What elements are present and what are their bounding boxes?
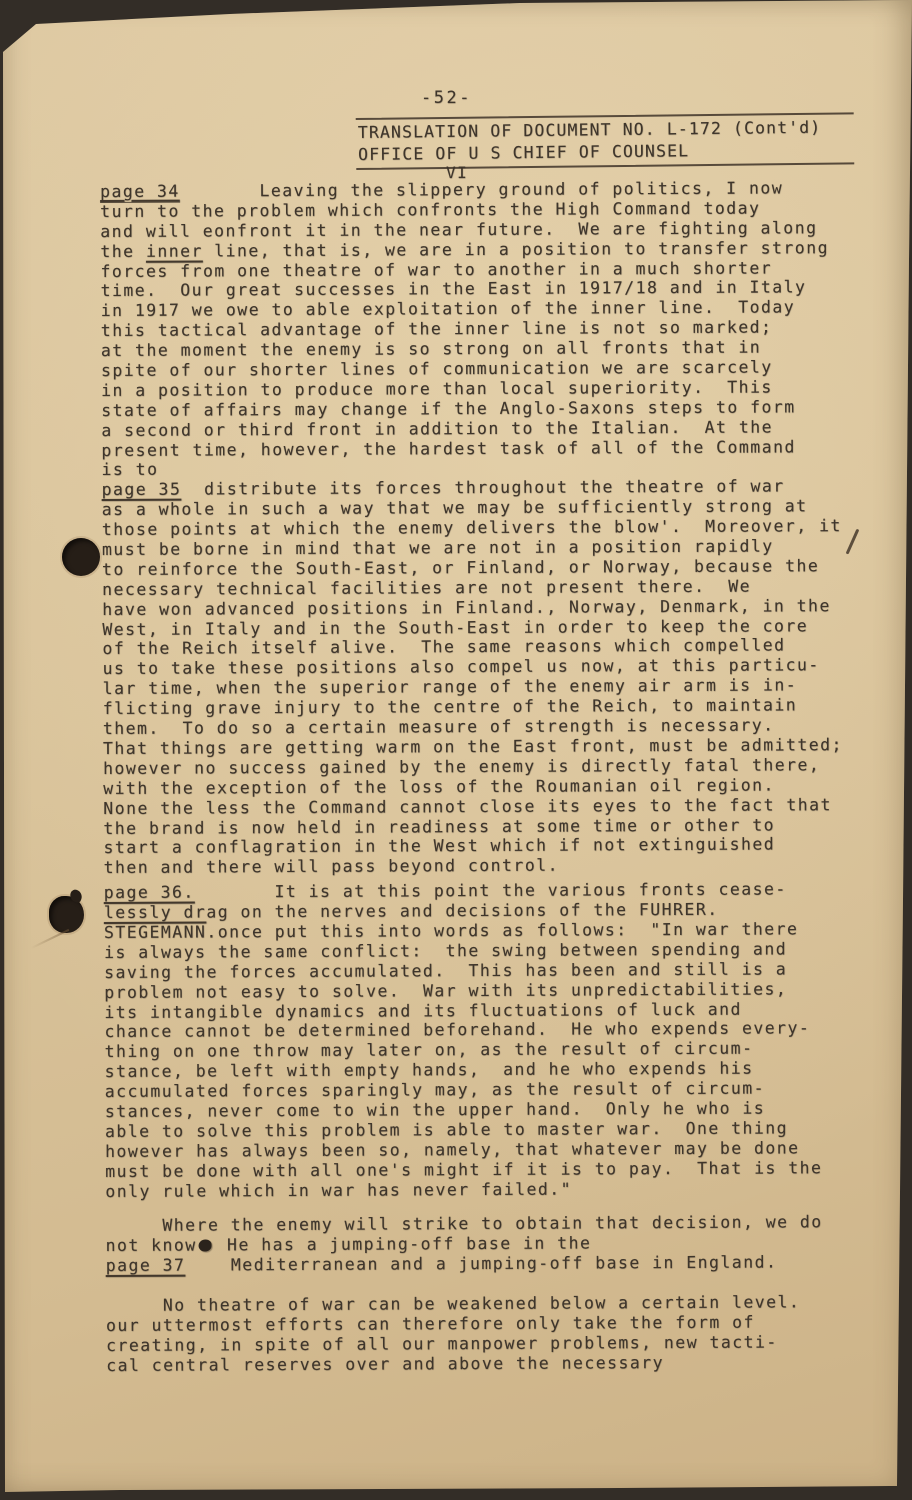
text-line: page 36. It is at this point the various… xyxy=(104,879,844,903)
page-number: -52- xyxy=(421,88,472,108)
text-line: must be done with all one's might if it … xyxy=(105,1158,845,1182)
underlined-text: lessly dr xyxy=(104,903,207,923)
text-line: page 37 Mediterranean and a jumping-off … xyxy=(106,1252,846,1276)
underlined-text: page 36. xyxy=(104,883,195,902)
paragraph: page 34 Leaving the slippery ground of p… xyxy=(100,178,842,480)
document-header: TRANSLATION OF DOCUMENT NO. L-172 (Cont'… xyxy=(356,112,855,170)
underlined-text: page 34 xyxy=(100,182,180,203)
text-line: creating, in spite of all our manpower p… xyxy=(106,1332,846,1356)
ink-blot xyxy=(199,1240,212,1252)
scanned-page-background: { "page_label": "-52-", "header": { "lin… xyxy=(0,0,912,1500)
text-line: start a conflagration in the West which … xyxy=(103,835,843,859)
paragraph: page 35 distribute its forces throughout… xyxy=(102,476,844,878)
punch-hole-bottom xyxy=(49,896,84,933)
paragraph: No theatre of war can be weakened below … xyxy=(106,1292,846,1375)
underlined-text: inner xyxy=(146,241,203,260)
document-body: page 34 Leaving the slippery ground of p… xyxy=(100,178,846,1376)
underlined-text: page 35 xyxy=(102,480,182,499)
punch-hole-top xyxy=(62,538,100,576)
paragraph: page 36. It is at this point the various… xyxy=(104,879,846,1201)
text-line: then and there will pass beyond control. xyxy=(104,854,844,878)
text-line: cal central reserves over and above the … xyxy=(106,1352,846,1376)
text-line: only rule which in war has never failed.… xyxy=(105,1178,845,1202)
paragraph: Where the enemy will strike to obtain th… xyxy=(105,1213,845,1277)
underlined-text: page 37 xyxy=(106,1256,186,1275)
